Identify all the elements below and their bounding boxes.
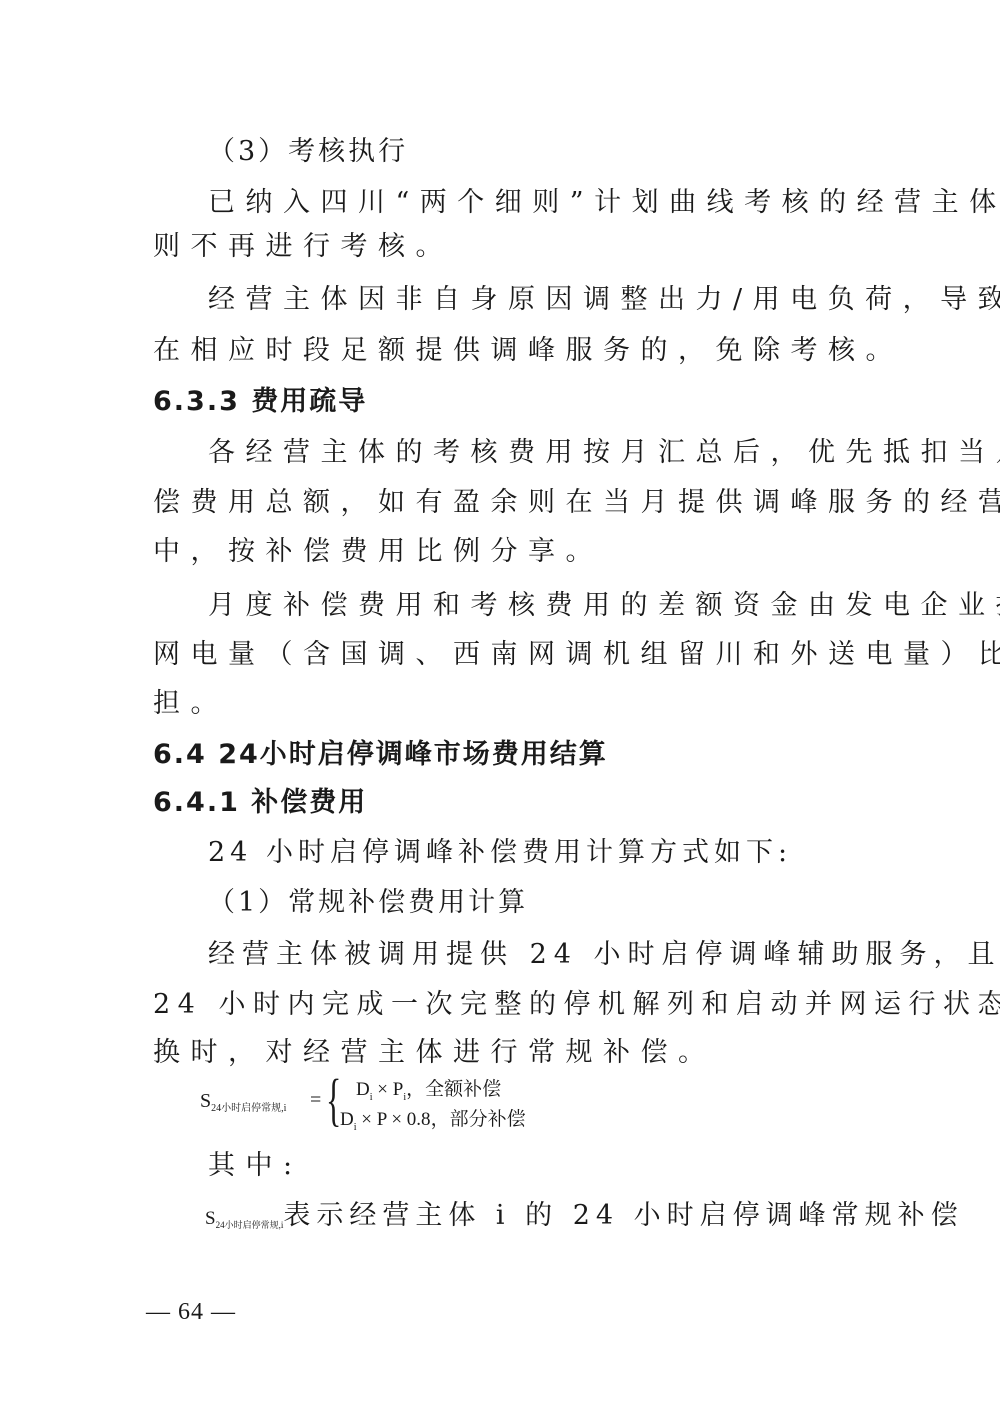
paragraph-line: 月度补偿费用和考核费用的差额资金由发电企业按上 bbox=[208, 589, 908, 623]
formula-equals: = bbox=[310, 1089, 321, 1112]
definition-text: 表示经营主体 i 的 24 小时启停调峰常规补偿 bbox=[283, 1200, 963, 1231]
definition-line: S24小时启停常规,i表示经营主体 i 的 24 小时启停调峰常规补偿 bbox=[205, 1199, 964, 1242]
where-label: 其中: bbox=[208, 1149, 908, 1183]
section-heading-6-3-3: 6.3.3 费用疏导 bbox=[153, 385, 853, 419]
subheading-regular-compensation: （1）常规补偿费用计算 bbox=[208, 886, 908, 920]
paragraph-line: 已纳入四川“两个细则”计划曲线考核的经营主体，本细 bbox=[208, 186, 908, 220]
subheading-assessment-execution: （3）考核执行 bbox=[208, 135, 908, 169]
paragraph-line: 则不再进行考核。 bbox=[153, 230, 853, 264]
paragraph-line: 24 小时内完成一次完整的停机解列和启动并网运行状态转 bbox=[153, 988, 853, 1022]
formula-case-partial: Di × P × 0.8，部分补偿 bbox=[340, 1104, 526, 1133]
paragraph-line: 经营主体因非自身原因调整出力/用电负荷，导致未能 bbox=[208, 283, 908, 317]
paragraph-line: 偿费用总额，如有盈余则在当月提供调峰服务的经营主体 bbox=[153, 486, 853, 520]
formula-lhs: S24小时启停常规,i bbox=[200, 1090, 286, 1114]
compensation-formula: S24小时启停常规,i = { Di × Pi，全额补偿 Di × P × 0.… bbox=[200, 1072, 540, 1136]
paragraph-line: 24 小时启停调峰补偿费用计算方式如下: bbox=[208, 836, 908, 870]
paragraph-line: 担。 bbox=[153, 687, 853, 721]
paragraph-line: 中，按补偿费用比例分享。 bbox=[153, 535, 853, 569]
page-number: — 64 — bbox=[146, 1299, 236, 1326]
formula-case-full: Di × Pi，全额补偿 bbox=[356, 1074, 501, 1103]
section-heading-6-4-1: 6.4.1 补偿费用 bbox=[153, 786, 853, 820]
paragraph-line: 在相应时段足额提供调峰服务的，免除考核。 bbox=[153, 334, 853, 368]
paragraph-line: 换时，对经营主体进行常规补偿。 bbox=[153, 1036, 853, 1070]
paragraph-line: 经营主体被调用提供 24 小时启停调峰辅助服务，且在 bbox=[208, 938, 908, 972]
definition-symbol: S24小时启停常规,i bbox=[205, 1208, 283, 1229]
paragraph-line: 网电量（含国调、西南网调机组留川和外送电量）比例分 bbox=[153, 638, 853, 672]
paragraph-line: 各经营主体的考核费用按月汇总后，优先抵扣当月补 bbox=[208, 436, 908, 470]
section-heading-6-4: 6.4 24小时启停调峰市场费用结算 bbox=[153, 738, 853, 772]
